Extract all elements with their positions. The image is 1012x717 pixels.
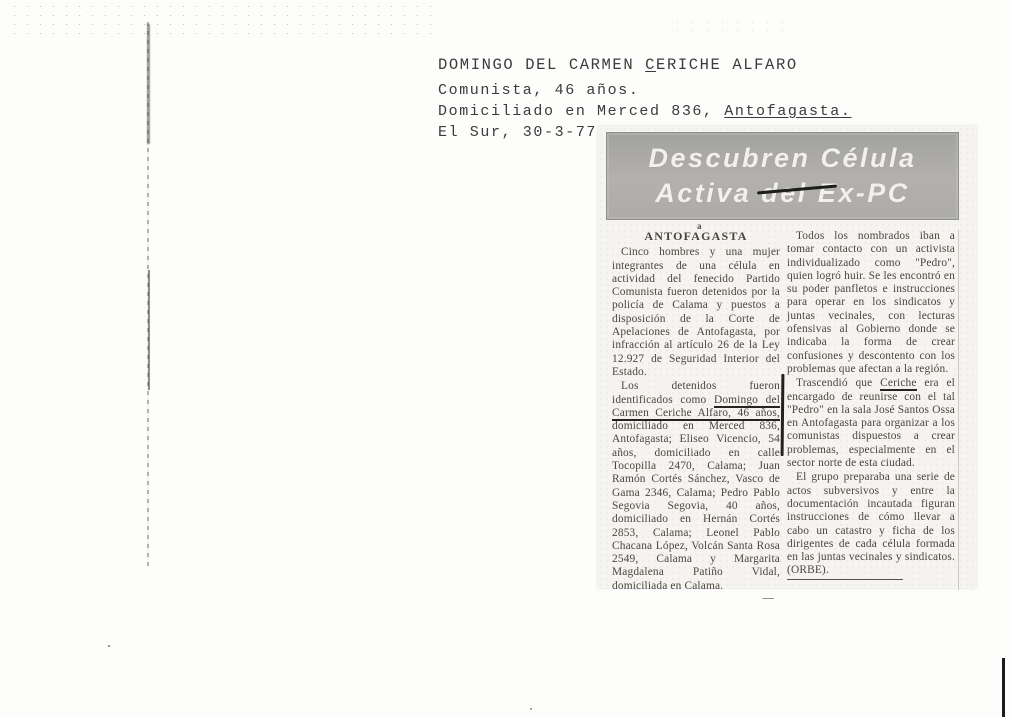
right-p2-post: era el encargado de reunirse con el tal … [787, 377, 955, 469]
right-paragraph-3: El grupo preparaba una serie de actos su… [787, 471, 955, 577]
headline-line-2: Activa del Ex-PC [607, 176, 958, 211]
typed-name-pre: DOMINGO DEL CARMEN [438, 56, 645, 74]
scan-speck [108, 645, 110, 647]
left-p2-post: domiciliado en Merced 836, Antofagasta; … [612, 420, 780, 592]
typed-name-underlined: C [645, 56, 656, 74]
left-paragraph-1: Cinco hombres y una mujer integrantes de… [612, 246, 780, 379]
right-paragraph-2: Trascendió que Ceriche era el encargado … [787, 377, 955, 470]
typed-address: Domiciliado en Merced 836, Antofagasta. [438, 103, 958, 120]
right-p2-pre: Trascendió que [796, 377, 880, 389]
headline: Descubren Célula Activa del Ex-PC [607, 141, 958, 211]
scan-page-edge-line-dark [147, 24, 150, 144]
right-paragraph-1: Todos los nombrados iban a tomar contact… [787, 230, 955, 376]
scan-speck [530, 708, 532, 710]
typed-address-pre: Domiciliado en Merced 836, [438, 103, 724, 120]
dateline: ANTOFAGASTA [612, 230, 780, 243]
headline-line-1: Descubren Célula [607, 141, 958, 176]
typed-subject-name: DOMINGO DEL CARMEN CERICHE ALFARO [438, 56, 958, 74]
headline-box: Descubren Célula Activa del Ex-PC [606, 132, 959, 220]
article-left-column: ANTOFAGASTA Cinco hombres y una mujer in… [612, 230, 780, 606]
left-paragraph-2: Los detenidos fueron identificados como … [612, 380, 780, 593]
article-end-dash: — [612, 592, 780, 605]
scan-page-edge-line-mid [148, 270, 150, 390]
scan-right-edge-mark [1002, 658, 1005, 717]
scan-noise-top [8, 2, 438, 34]
article-end-rule [787, 579, 903, 580]
scan-noise-top-right [670, 18, 790, 32]
column-rule [958, 230, 959, 590]
article-body: ANTOFAGASTA Cinco hombres y una mujer in… [612, 230, 960, 606]
typed-affiliation-age: Comunista, 46 años. [438, 82, 958, 99]
article-right-column: Todos los nombrados iban a tomar contact… [787, 230, 955, 606]
newspaper-clipping: Descubren Célula Activa del Ex-PC a ANTO… [598, 126, 976, 588]
typed-address-city-underlined: Antofagasta. [724, 103, 851, 120]
scanned-document-page: { "typed_header": { "line1_pre": "DOMING… [0, 0, 1012, 717]
pen-underlined-ceriche: Ceriche [880, 377, 916, 391]
typed-name-post: ERICHE ALFARO [656, 56, 798, 74]
